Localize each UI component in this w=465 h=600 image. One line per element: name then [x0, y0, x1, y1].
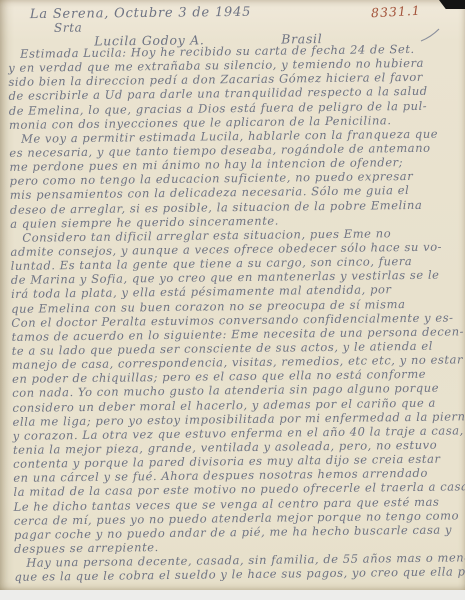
letter-page: La Serena, Octubre 3 de 1945 Srta Lucila…	[0, 0, 465, 590]
pen-stroke-mark	[419, 27, 441, 43]
letter-body: Estimada Lucila: Hoy he recibido su cart…	[0, 41, 465, 584]
archive-number: 8331.1	[371, 3, 421, 21]
scan-backdrop	[0, 590, 465, 600]
